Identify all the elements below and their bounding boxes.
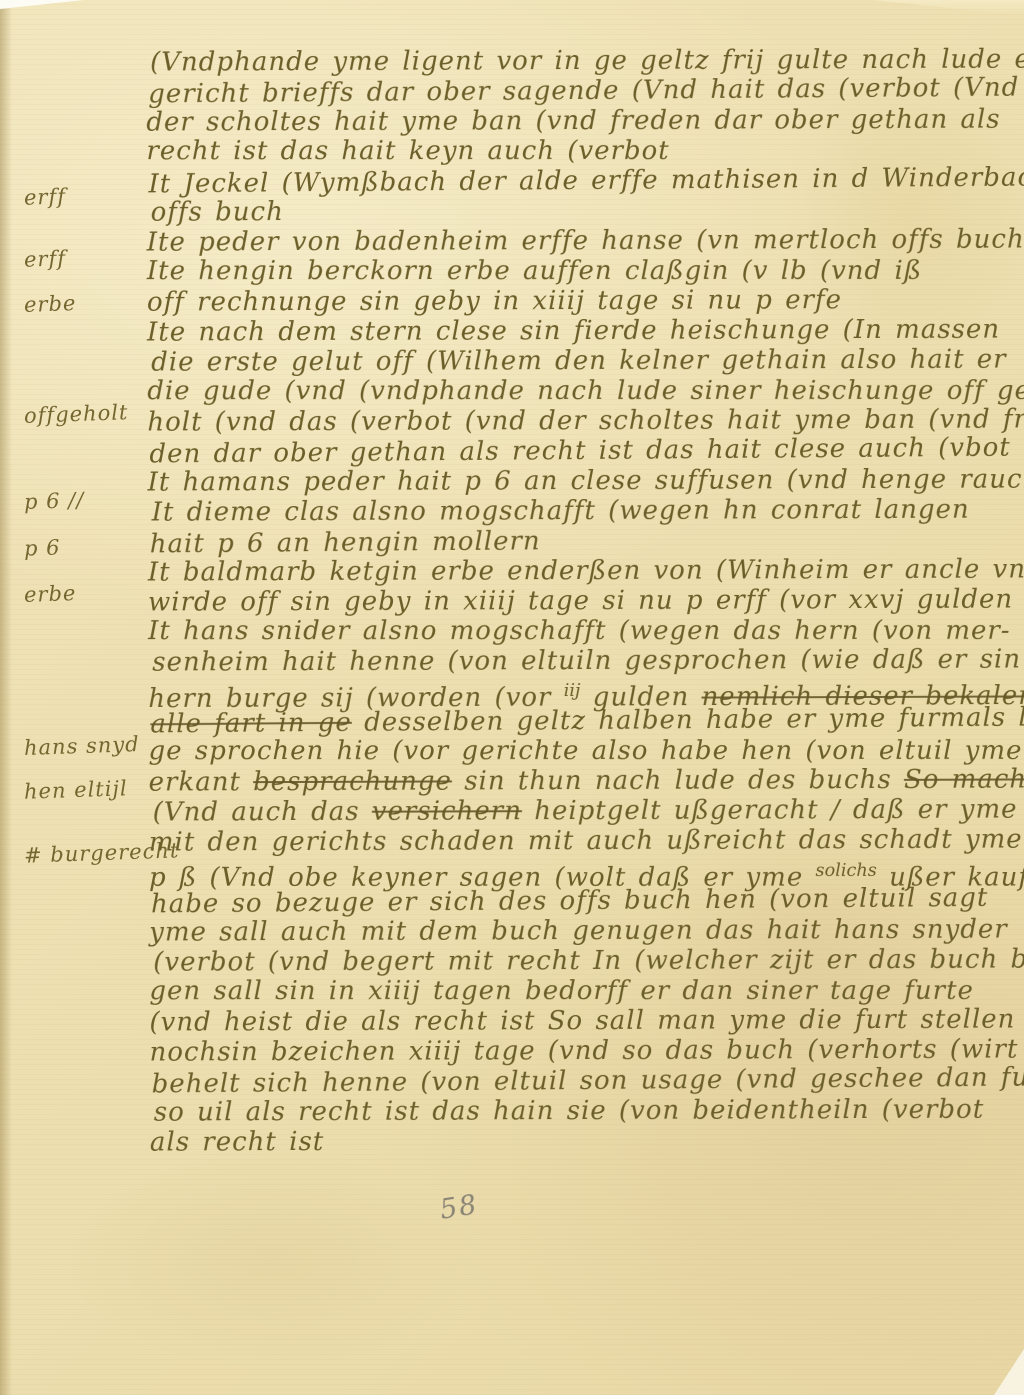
handwritten-line: Ite nach dem stern clese sin fierde heis… bbox=[147, 315, 1007, 348]
margin-notes-column: erfferfferbeoffgeholtp 6 //p 6erbehans s… bbox=[0, 0, 160, 1395]
margin-note: hans snyd bbox=[24, 732, 140, 760]
text-segment: versichern bbox=[372, 796, 522, 827]
handwritten-line: wirde off sin geby in xiiij tage si nu p… bbox=[148, 584, 1008, 617]
text-segment: senheim hait henne (von eltuiln gesproch… bbox=[152, 644, 1021, 677]
handwritten-line: It Jeckel (Wymßbach der alde erffe mathi… bbox=[148, 163, 1008, 200]
text-segment: wirde off sin geby in xiiij tage si nu p… bbox=[148, 584, 1013, 617]
handwritten-line: so uil als recht ist das hain sie (von b… bbox=[154, 1094, 1014, 1127]
text-segment: offs buch bbox=[151, 197, 284, 227]
text-segment: alle fart in ge bbox=[150, 708, 352, 740]
text-segment: desselben geltz halben habe er yme furma… bbox=[352, 702, 1024, 738]
text-segment: It baldmarb ketgin erbe enderßen von (Wi… bbox=[148, 554, 1024, 587]
handwritten-line: nochsin bzeichen xiiij tage (vnd so das … bbox=[150, 1034, 1010, 1067]
body-text-block: (Vndphande yme ligent vor in ge geltz fr… bbox=[146, 45, 1010, 1158]
handwritten-line: senheim hait henne (von eltuiln gesproch… bbox=[152, 644, 1012, 677]
text-segment: (vnd heist die als recht ist So sall man… bbox=[149, 1004, 1015, 1037]
text-segment: der scholtes hait yme ban (vnd freden da… bbox=[146, 105, 1000, 138]
handwritten-line: It hans snider alsno mogschafft (wegen d… bbox=[148, 616, 1008, 646]
handwritten-line: It baldmarb ketgin erbe enderßen von (Wi… bbox=[148, 554, 1008, 587]
handwritten-line: hait p 6 an hengin mollern bbox=[150, 523, 1010, 560]
text-segment: die erste gelut off (Wilhem den kelner g… bbox=[151, 345, 1007, 378]
margin-note: p 6 // bbox=[24, 488, 85, 514]
text-segment: It hamans peder hait p 6 an clese suffus… bbox=[148, 464, 1024, 497]
handwritten-line: gericht brieffs dar ober sagende (Vnd ha… bbox=[148, 73, 1008, 110]
text-segment: solichs bbox=[815, 861, 876, 881]
handwritten-line: die erste gelut off (Wilhem den kelner g… bbox=[151, 344, 1011, 377]
handwritten-line: gen sall sin in xiiij tagen bedorff er d… bbox=[149, 976, 1009, 1006]
text-segment: (Vnd auch das bbox=[153, 797, 372, 828]
handwritten-line: (verbot (vnd begert mit recht In (welche… bbox=[153, 944, 1013, 977]
handwritten-line: (Vnd auch das versichern heiptgelt ußger… bbox=[153, 794, 1013, 827]
text-segment: heiptgelt ußgeracht / daß er yme bbox=[522, 794, 1018, 826]
margin-note: erff bbox=[24, 184, 67, 209]
text-segment: It Jeckel (Wymßbach der alde erffe mathi… bbox=[148, 162, 1024, 199]
text-segment: besprachunge bbox=[253, 766, 452, 797]
handwritten-line: recht ist das hait keyn auch (verbot bbox=[146, 136, 1006, 166]
text-segment: gen sall sin in xiiij tagen bedorff er d… bbox=[149, 976, 974, 1006]
manuscript-page-scan: erfferfferbeoffgeholtp 6 //p 6erbehans s… bbox=[0, 0, 1024, 1395]
margin-note: offgeholt bbox=[24, 400, 129, 428]
text-segment: habe so bezuge er sich des offs buch hen… bbox=[151, 883, 989, 920]
text-segment: off rechnunge sin geby in xiiij tage si … bbox=[147, 285, 842, 317]
text-segment: sin thun nach lude des buchs bbox=[452, 765, 904, 797]
scan-corner-bottom-right bbox=[994, 1349, 1024, 1395]
text-segment: erkant bbox=[149, 767, 254, 797]
handwritten-line: offs buch bbox=[151, 194, 1011, 227]
handwritten-line: holt (vnd das (verbot (vnd der scholtes … bbox=[147, 405, 1007, 438]
margin-note: hen eltijl bbox=[24, 776, 128, 804]
handwritten-line: off rechnunge sin geby in xiiij tage si … bbox=[147, 285, 1007, 318]
text-segment: iij bbox=[564, 681, 581, 701]
handwritten-line: die gude (vnd (vndphande nach lude siner… bbox=[147, 376, 1007, 406]
text-segment: So mach bbox=[904, 764, 1024, 794]
text-segment: als recht ist bbox=[150, 1127, 324, 1158]
text-segment: Ite nach dem stern clese sin fierde heis… bbox=[147, 315, 1000, 348]
margin-note: erbe bbox=[24, 581, 77, 607]
text-segment: ge sprochen hie (vor gerichte also habe … bbox=[149, 736, 1023, 766]
margin-note: erbe bbox=[24, 291, 77, 317]
text-segment: holt (vnd das (verbot (vnd der scholtes … bbox=[147, 404, 1024, 437]
text-segment: gericht brieffs dar ober sagende (Vnd ha… bbox=[148, 73, 1019, 110]
handwritten-line: alle fart in ge desselben geltz halben h… bbox=[150, 703, 1010, 740]
text-segment: recht ist das hait keyn auch (verbot bbox=[146, 136, 669, 166]
handwritten-line: erkant besprachunge sin thun nach lude d… bbox=[149, 764, 1009, 797]
margin-note: p 6 bbox=[24, 535, 61, 560]
handwritten-line: p ß (Vnd obe keyner sagen (wolt daß er y… bbox=[149, 856, 1009, 886]
handwritten-line: als recht ist bbox=[150, 1124, 1010, 1157]
handwritten-line: behelt sich henne (von eltuil son usage … bbox=[152, 1063, 1012, 1100]
text-segment: Ite peder von badenheim erffe hanse (vn … bbox=[147, 224, 1024, 257]
handwritten-line: It hamans peder hait p 6 an clese suffus… bbox=[148, 464, 1008, 497]
text-segment: behelt sich henne (von eltuil son usage … bbox=[152, 1062, 1024, 1099]
handwritten-line: ge sprochen hie (vor gerichte also habe … bbox=[149, 736, 1009, 766]
handwritten-line: den dar ober gethan als recht ist das ha… bbox=[149, 433, 1009, 470]
text-segment: It dieme clas alsno mogschafft (wegen hn… bbox=[152, 495, 970, 528]
text-segment: Ite hengin berckorn erbe auffen claßgin … bbox=[147, 256, 922, 286]
handwritten-line: (vnd heist die als recht ist So sall man… bbox=[149, 1004, 1009, 1037]
folio-number-pencil: 58 bbox=[438, 1189, 481, 1226]
text-segment: nochsin bzeichen xiiij tage (vnd so das … bbox=[150, 1034, 1019, 1067]
handwritten-line: hern burge sij (worden (vor iij gulden n… bbox=[148, 674, 1008, 707]
text-segment: yme sall auch mit dem buch genugen das h… bbox=[149, 915, 1008, 948]
page-edge-top-right bbox=[874, 0, 1024, 16]
text-segment: hait p 6 an hengin mollern bbox=[150, 526, 541, 559]
handwritten-line: habe so bezuge er sich des offs buch hen… bbox=[151, 883, 1011, 920]
text-segment: so uil als recht ist das hain sie (von b… bbox=[154, 1095, 985, 1128]
text-segment: It hans snider alsno mogschafft (wegen d… bbox=[148, 616, 1011, 646]
handwritten-line: It dieme clas alsno mogschafft (wegen hn… bbox=[152, 494, 1012, 527]
text-segment: die gude (vnd (vndphande nach lude siner… bbox=[147, 376, 1024, 406]
margin-note: erff bbox=[24, 246, 67, 271]
handwritten-line: (Vndphande yme ligent vor in ge geltz fr… bbox=[150, 44, 1010, 77]
handwritten-line: Ite hengin berckorn erbe auffen claßgin … bbox=[147, 256, 1007, 286]
handwritten-line: mit den gerichts schaden mit auch ußreic… bbox=[149, 824, 1009, 857]
handwritten-line: Ite peder von badenheim erffe hanse (vn … bbox=[147, 225, 1007, 258]
text-segment: mit den gerichts schaden mit auch ußreic… bbox=[149, 824, 1023, 857]
text-segment: (Vndphande yme ligent vor in ge geltz fr… bbox=[150, 44, 1024, 77]
handwritten-line: yme sall auch mit dem buch genugen das h… bbox=[149, 914, 1009, 947]
text-segment: (verbot (vnd begert mit recht In (welche… bbox=[153, 944, 1024, 977]
handwritten-line: der scholtes hait yme ban (vnd freden da… bbox=[146, 105, 1006, 138]
text-segment: den dar ober gethan als recht ist das ha… bbox=[149, 433, 1011, 470]
